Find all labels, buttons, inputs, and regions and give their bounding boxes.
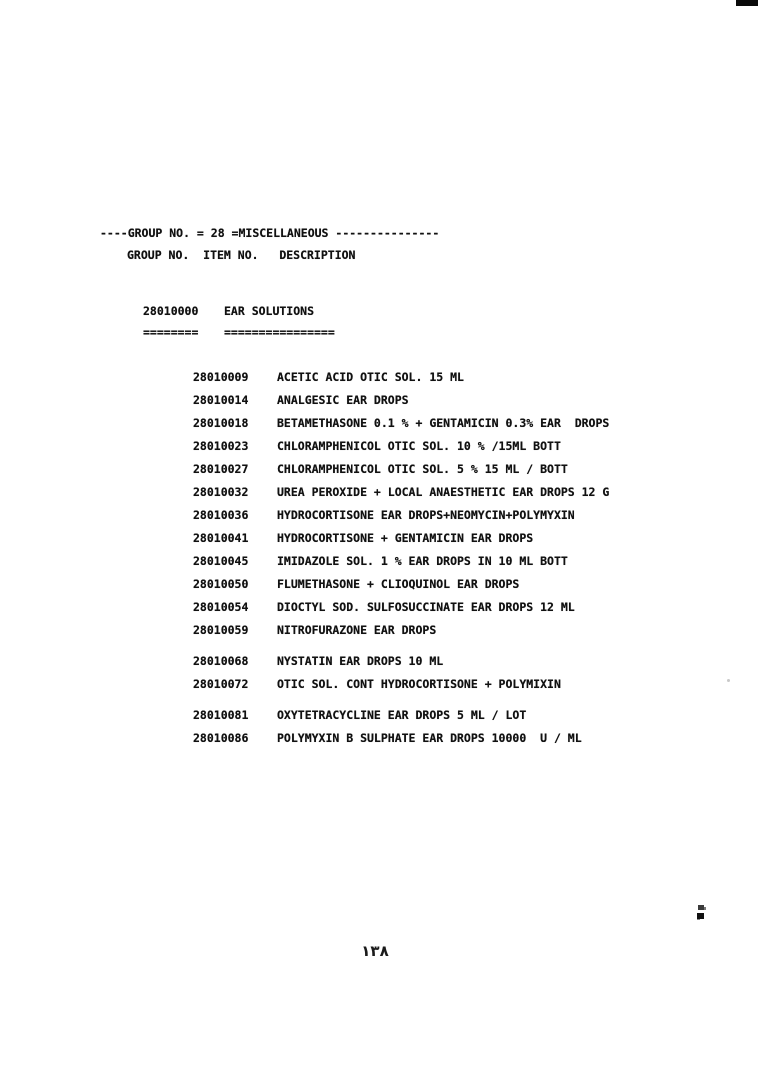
item-description: FLUMETHASONE + CLIOQUINOL EAR DROPS	[277, 573, 519, 596]
table-row: 28010086 POLYMYXIN B SULPHATE EAR DROPS …	[193, 727, 733, 750]
item-description: HYDROCORTISONE EAR DROPS+NEOMYCIN+POLYMY…	[277, 504, 575, 527]
group-header-line: ----GROUP NO. = 28 =MISCELLANEOUS ------…	[100, 226, 439, 240]
item-description: HYDROCORTISONE + GENTAMICIN EAR DROPS	[277, 527, 533, 550]
item-number: 28010072	[193, 673, 277, 696]
item-number: 28010081	[193, 704, 277, 727]
item-description: NITROFURAZONE EAR DROPS	[277, 619, 436, 642]
item-description: ANALGESIC EAR DROPS	[277, 389, 409, 412]
item-list: 28010009 ACETIC ACID OTIC SOL. 15 ML 280…	[193, 366, 733, 750]
group-title-underline: ================	[224, 325, 335, 339]
group-title: EAR SOLUTIONS	[224, 304, 314, 318]
item-number: 28010032	[193, 481, 277, 504]
item-description: CHLORAMPHENICOL OTIC SOL. 5 % 15 ML / BO…	[277, 458, 568, 481]
table-row: 28010081 OXYTETRACYCLINE EAR DROPS 5 ML …	[193, 704, 733, 727]
table-row: 28010023 CHLORAMPHENICOL OTIC SOL. 10 % …	[193, 435, 733, 458]
table-row: 28010041 HYDROCORTISONE + GENTAMICIN EAR…	[193, 527, 733, 550]
table-row: 28010068 NYSTATIN EAR DROPS 10 ML	[193, 650, 733, 673]
table-row: 28010032 UREA PEROXIDE + LOCAL ANAESTHET…	[193, 481, 733, 504]
item-number: 28010009	[193, 366, 277, 389]
column-headers: GROUP NO. ITEM NO. DESCRIPTION	[127, 248, 355, 262]
group-number-underline: ========	[143, 325, 198, 339]
item-description: IMIDAZOLE SOL. 1 % EAR DROPS IN 10 ML BO…	[277, 550, 568, 573]
faint-dot-artifact	[727, 679, 730, 682]
item-number: 28010014	[193, 389, 277, 412]
table-row: 28010054 DIOCTYL SOD. SULFOSUCCINATE EAR…	[193, 596, 733, 619]
item-description: CHLORAMPHENICOL OTIC SOL. 10 % /15ML BOT…	[277, 435, 561, 458]
item-number: 28010050	[193, 573, 277, 596]
table-row: 28010018 BETAMETHASONE 0.1 % + GENTAMICI…	[193, 412, 733, 435]
item-description: UREA PEROXIDE + LOCAL ANAESTHETIC EAR DR…	[277, 481, 609, 504]
scan-artifact-bar	[736, 0, 758, 6]
item-number: 28010068	[193, 650, 277, 673]
item-number: 28010041	[193, 527, 277, 550]
group-number: 28010000	[143, 304, 198, 318]
item-number: 28010059	[193, 619, 277, 642]
table-row: 28010014 ANALGESIC EAR DROPS	[193, 389, 733, 412]
item-description: POLYMYXIN B SULPHATE EAR DROPS 10000 U /…	[277, 727, 582, 750]
table-row: 28010036 HYDROCORTISONE EAR DROPS+NEOMYC…	[193, 504, 733, 527]
table-row: 28010050 FLUMETHASONE + CLIOQUINOL EAR D…	[193, 573, 733, 596]
item-description: BETAMETHASONE 0.1 % + GENTAMICIN 0.3% EA…	[277, 412, 609, 435]
page-number: ١٣٨	[330, 942, 420, 960]
item-number: 28010054	[193, 596, 277, 619]
item-description: OXYTETRACYCLINE EAR DROPS 5 ML / LOT	[277, 704, 526, 727]
item-number: 28010036	[193, 504, 277, 527]
table-row: 28010009 ACETIC ACID OTIC SOL. 15 ML	[193, 366, 733, 389]
item-number: 28010027	[193, 458, 277, 481]
item-description: ACETIC ACID OTIC SOL. 15 ML	[277, 366, 464, 389]
item-description: NYSTATIN EAR DROPS 10 ML	[277, 650, 443, 673]
table-row: 28010059 NITROFURAZONE EAR DROPS	[193, 619, 733, 642]
item-description: OTIC SOL. CONT HYDROCORTISONE + POLYMIXI…	[277, 673, 561, 696]
item-number: 28010023	[193, 435, 277, 458]
item-number: 28010045	[193, 550, 277, 573]
table-row: 28010072 OTIC SOL. CONT HYDROCORTISONE +…	[193, 673, 733, 696]
table-row: 28010045 IMIDAZOLE SOL. 1 % EAR DROPS IN…	[193, 550, 733, 573]
item-description: DIOCTYL SOD. SULFOSUCCINATE EAR DROPS 12…	[277, 596, 575, 619]
item-number: 28010086	[193, 727, 277, 750]
ink-smudge	[694, 903, 708, 923]
table-row: 28010027 CHLORAMPHENICOL OTIC SOL. 5 % 1…	[193, 458, 733, 481]
item-number: 28010018	[193, 412, 277, 435]
